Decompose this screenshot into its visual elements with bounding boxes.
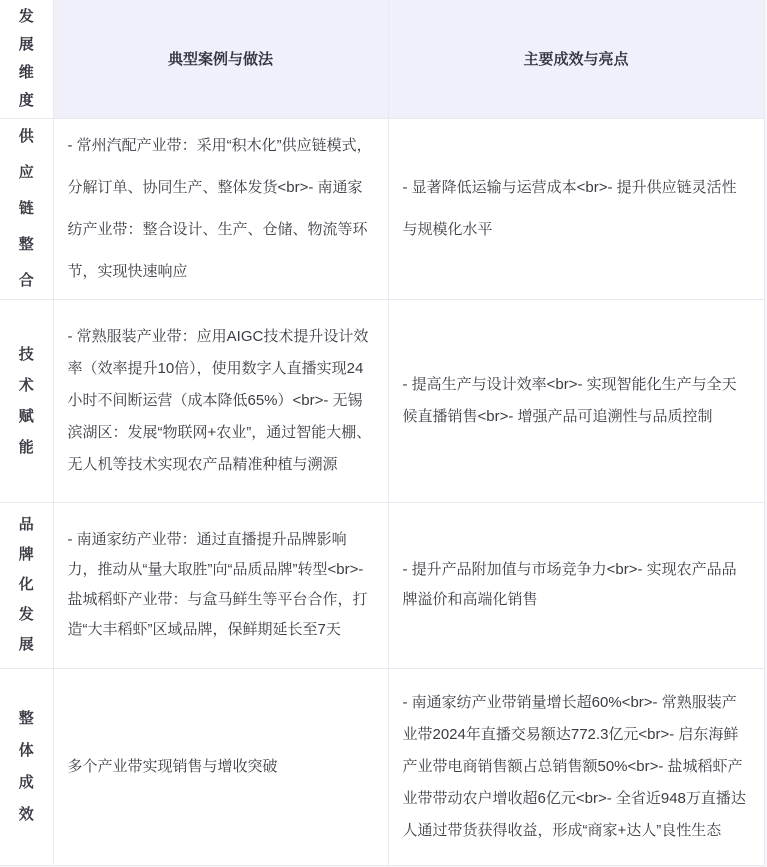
header-results: 主要成效与亮点	[388, 0, 764, 118]
page: 发 展 维 度 典型案例与做法 主要成效与亮点 供 应 链 整 合 - 常州汽配…	[0, 0, 767, 867]
table-container: 发 展 维 度 典型案例与做法 主要成效与亮点 供 应 链 整 合 - 常州汽配…	[0, 0, 764, 866]
cases-cell: - 常熟服装产业带：应用AIGC技术提升设计效率（效率提升10倍），使用数字人直…	[53, 299, 388, 502]
row-dimension-label: 供 应 链 整 合	[0, 118, 53, 299]
results-cell: - 南通家纺产业带销量增长超60%<br>- 常熟服装产业带2024年直播交易额…	[388, 668, 764, 865]
results-cell: - 提升产品附加值与市场竞争力<br>- 实现农产品品牌溢价和高端化销售	[388, 502, 764, 668]
cases-cell: - 常州汽配产业带：采用“积木化”供应链模式，分解订单、协同生产、整体发货<br…	[53, 118, 388, 299]
header-cases: 典型案例与做法	[53, 0, 388, 118]
results-cell: - 显著降低运输与运营成本<br>- 提升供应链灵活性与规模化水平	[388, 118, 764, 299]
cases-cell: 多个产业带实现销售与增收突破	[53, 668, 388, 865]
development-dimensions-table: 发 展 维 度 典型案例与做法 主要成效与亮点 供 应 链 整 合 - 常州汽配…	[0, 0, 765, 866]
header-dimension: 发 展 维 度	[0, 0, 53, 118]
row-dimension-label: 品 牌 化 发 展	[0, 502, 53, 668]
row-dimension-label: 整 体 成 效	[0, 668, 53, 865]
table-row: 品 牌 化 发 展 - 南通家纺产业带：通过直播提升品牌影响力，推动从“量大取胜…	[0, 502, 764, 668]
table-row: 技 术 赋 能 - 常熟服装产业带：应用AIGC技术提升设计效率（效率提升10倍…	[0, 299, 764, 502]
row-dimension-label: 技 术 赋 能	[0, 299, 53, 502]
table-row: 整 体 成 效 多个产业带实现销售与增收突破 - 南通家纺产业带销量增长超60%…	[0, 668, 764, 865]
results-cell: - 提高生产与设计效率<br>- 实现智能化生产与全天候直播销售<br>- 增强…	[388, 299, 764, 502]
table-header-row: 发 展 维 度 典型案例与做法 主要成效与亮点	[0, 0, 764, 118]
table-row: 供 应 链 整 合 - 常州汽配产业带：采用“积木化”供应链模式，分解订单、协同…	[0, 118, 764, 299]
cases-cell: - 南通家纺产业带：通过直播提升品牌影响力，推动从“量大取胜”向“品质品牌”转型…	[53, 502, 388, 668]
